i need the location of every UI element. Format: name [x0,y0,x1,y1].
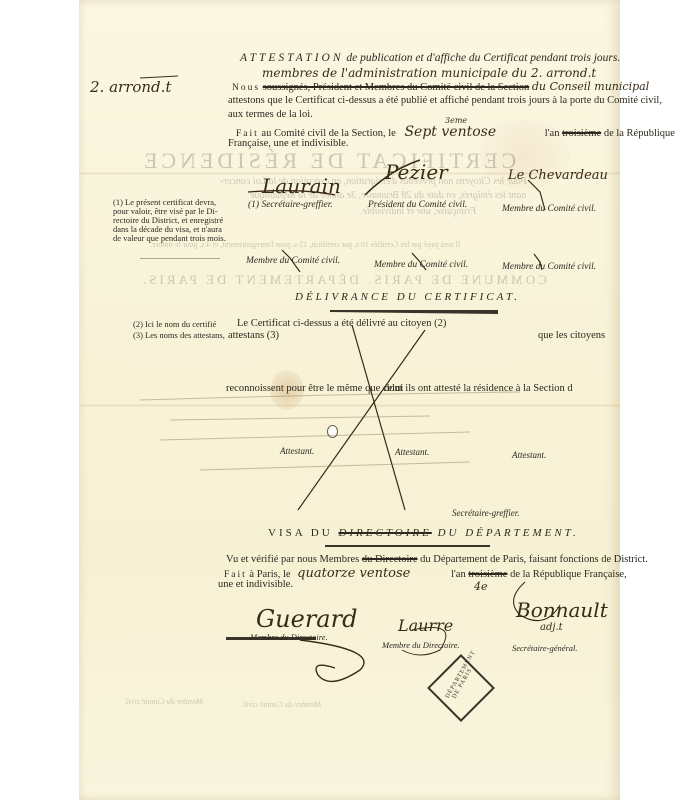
ink-strokes [0,0,700,800]
